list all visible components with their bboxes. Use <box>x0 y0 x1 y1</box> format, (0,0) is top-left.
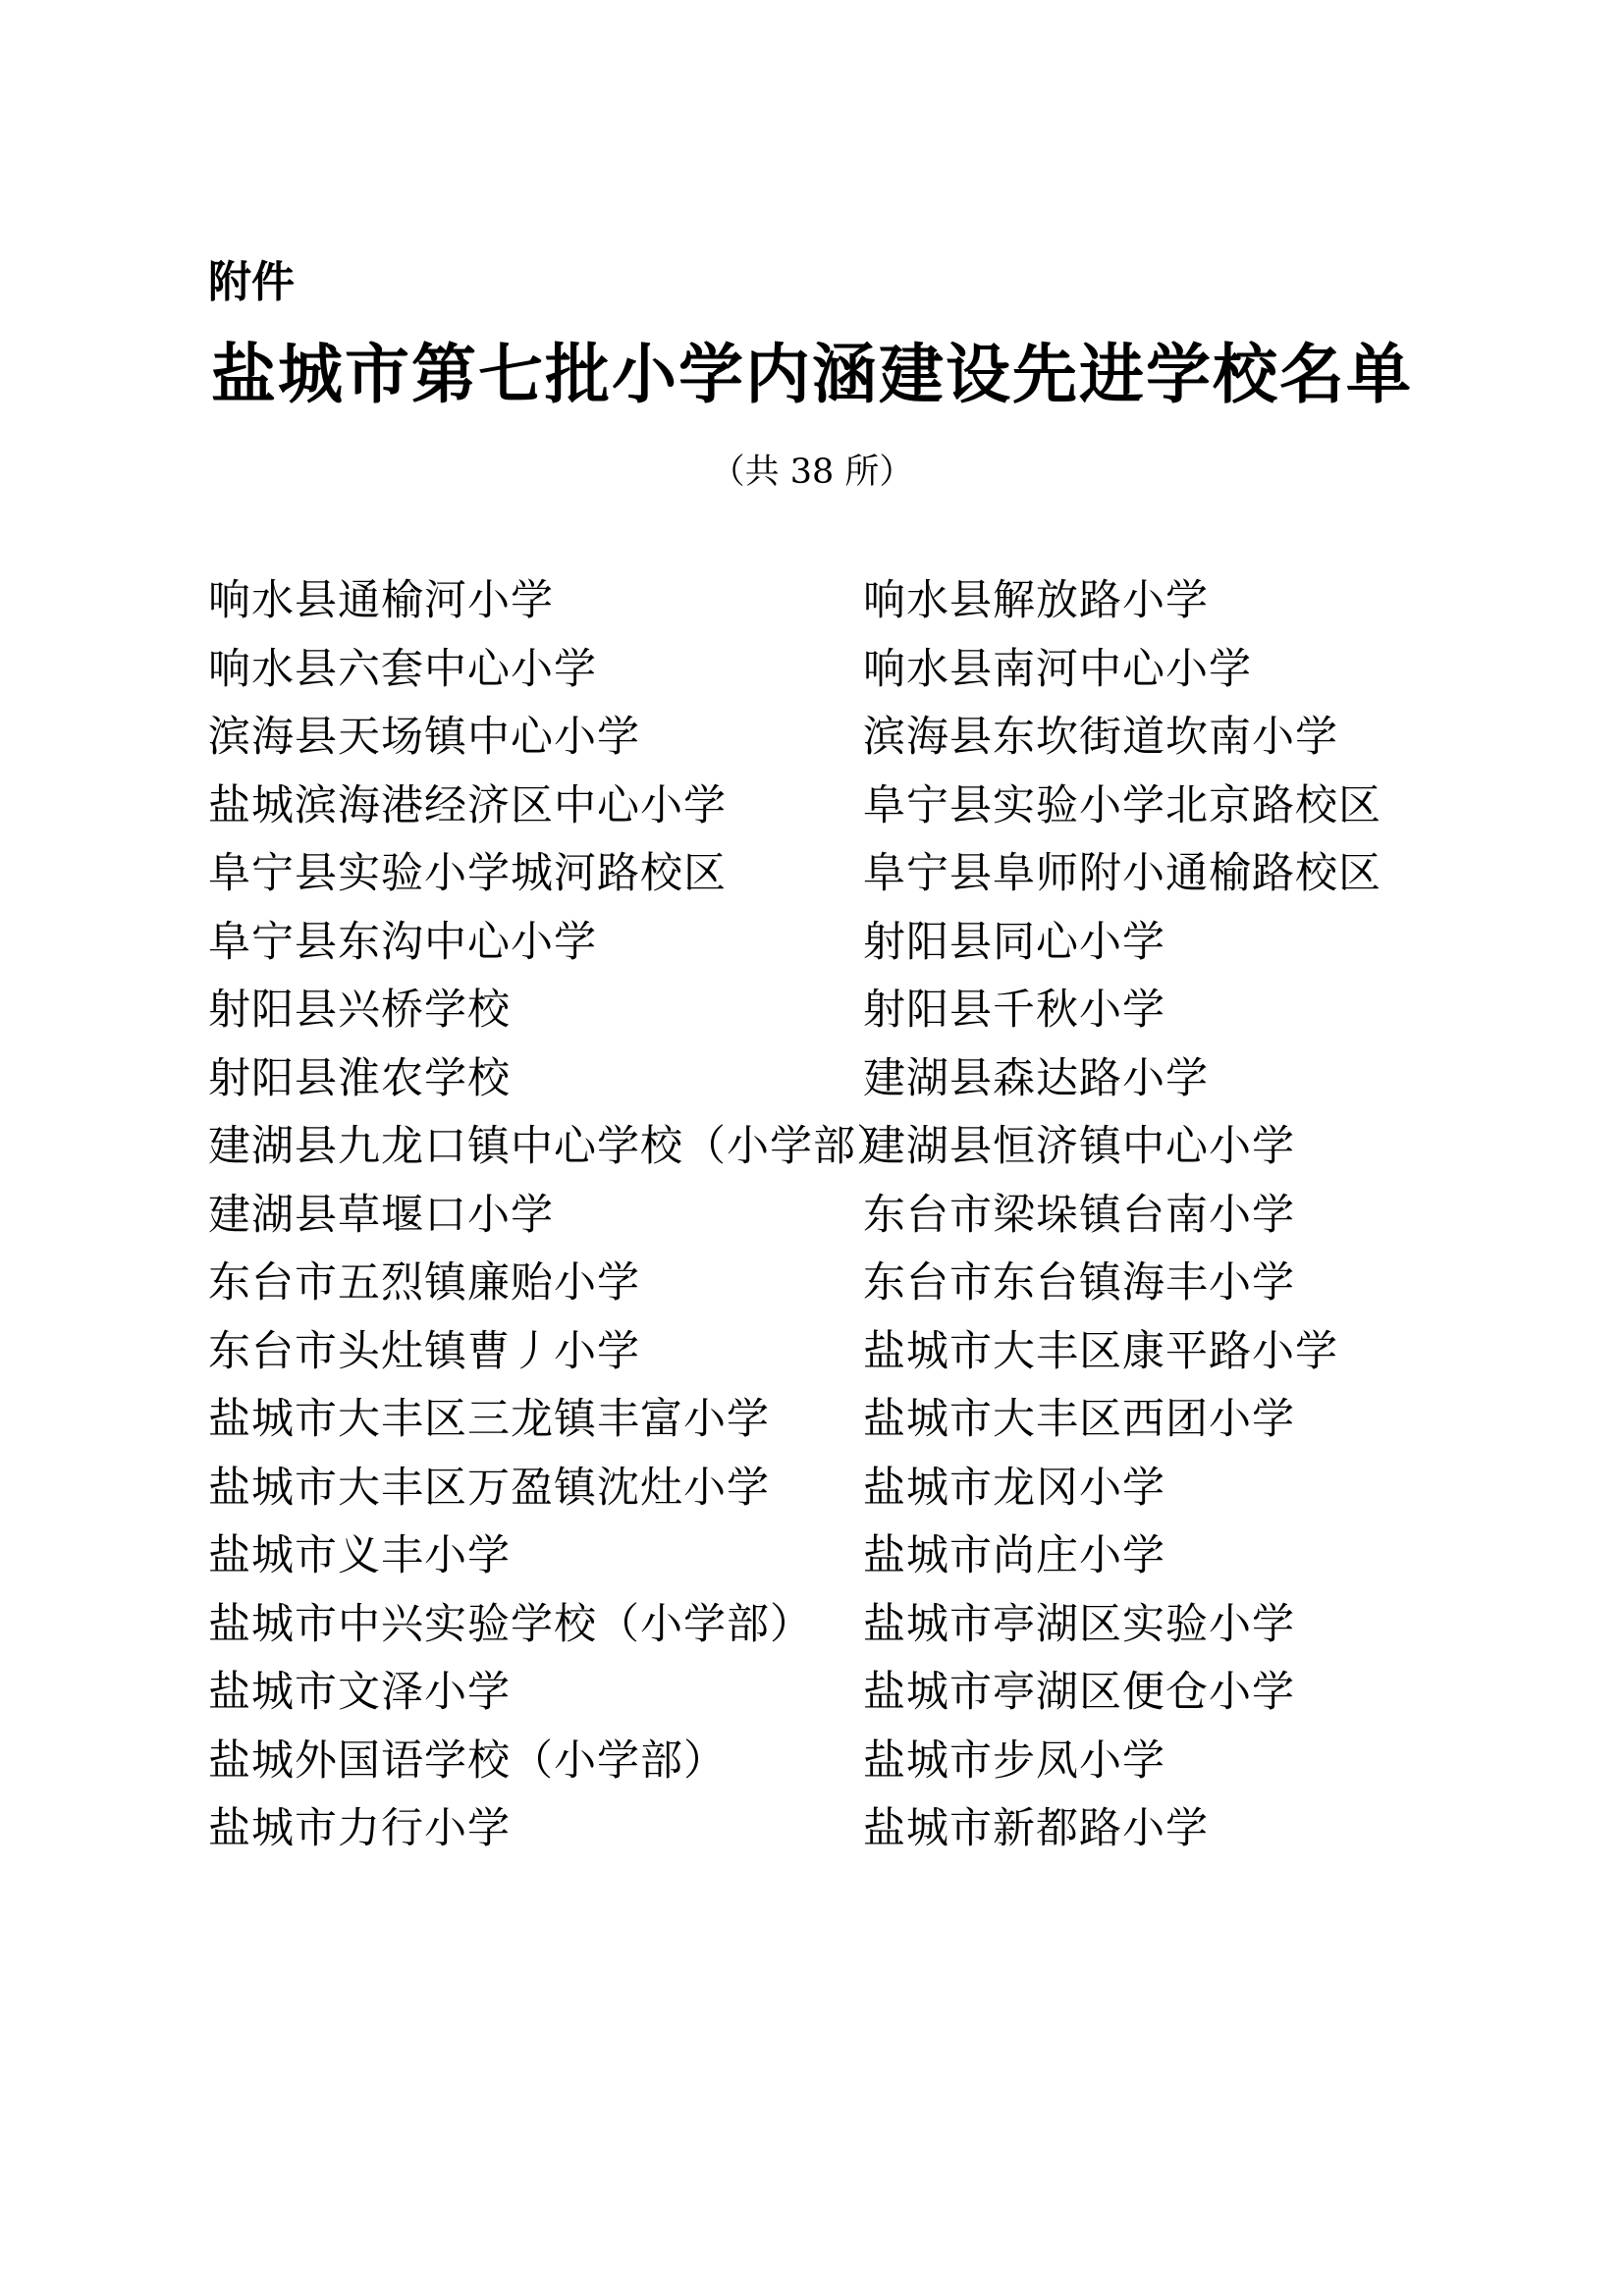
school-name: 东台市梁垛镇台南小学 <box>863 1182 1419 1251</box>
school-name: 射阳县兴桥学校 <box>208 977 863 1045</box>
school-name: 盐城市中兴实验学校（小学部） <box>208 1591 863 1660</box>
school-name: 滨海县东坎街道坎南小学 <box>863 704 1419 773</box>
school-name: 盐城市大丰区三龙镇丰富小学 <box>208 1386 863 1455</box>
school-name: 建湖县九龙口镇中心学校（小学部） <box>208 1113 863 1182</box>
page-title: 盐城市第七批小学内涵建设先进学校名单 <box>0 342 1624 406</box>
school-name: 东台市头灶镇曹丿小学 <box>208 1318 863 1387</box>
school-name: 滨海县天场镇中心小学 <box>208 704 863 773</box>
school-name: 盐城市力行小学 <box>208 1795 863 1864</box>
school-name: 响水县南河中心小学 <box>863 636 1419 705</box>
school-name: 盐城滨海港经济区中心小学 <box>208 773 863 841</box>
attachment-label: 附件 <box>208 261 295 304</box>
school-name: 盐城市亭湖区便仓小学 <box>863 1659 1419 1728</box>
school-name: 阜宁县实验小学城河路校区 <box>208 840 863 909</box>
school-name: 响水县六套中心小学 <box>208 636 863 705</box>
school-list: 响水县通榆河小学响水县六套中心小学滨海县天场镇中心小学盐城滨海港经济区中心小学阜… <box>208 567 1419 1864</box>
school-name: 响水县解放路小学 <box>863 567 1419 636</box>
school-name: 盐城市大丰区万盈镇沈灶小学 <box>208 1455 863 1523</box>
school-name: 盐城市大丰区西团小学 <box>863 1386 1419 1455</box>
school-name: 盐城外国语学校（小学部） <box>208 1728 863 1796</box>
school-name: 盐城市龙冈小学 <box>863 1455 1419 1523</box>
document-page: 附件 盐城市第七批小学内涵建设先进学校名单 （共 38 所） 响水县通榆河小学响… <box>0 0 1624 2296</box>
school-name: 盐城市文泽小学 <box>208 1659 863 1728</box>
school-name: 东台市东台镇海丰小学 <box>863 1250 1419 1318</box>
school-name: 盐城市义丰小学 <box>208 1522 863 1591</box>
school-name: 阜宁县阜师附小通榆路校区 <box>863 840 1419 909</box>
school-name: 东台市五烈镇廉贻小学 <box>208 1250 863 1318</box>
school-name: 盐城市亭湖区实验小学 <box>863 1591 1419 1660</box>
school-name: 建湖县草堰口小学 <box>208 1182 863 1251</box>
school-name: 阜宁县实验小学北京路校区 <box>863 773 1419 841</box>
school-name: 响水县通榆河小学 <box>208 567 863 636</box>
school-name: 建湖县森达路小学 <box>863 1045 1419 1114</box>
school-name: 射阳县同心小学 <box>863 909 1419 978</box>
school-name: 阜宁县东沟中心小学 <box>208 909 863 978</box>
school-name: 建湖县恒济镇中心小学 <box>863 1113 1419 1182</box>
school-name: 盐城市步凤小学 <box>863 1728 1419 1796</box>
school-name: 盐城市尚庄小学 <box>863 1522 1419 1591</box>
school-name: 盐城市新都路小学 <box>863 1795 1419 1864</box>
school-count-subtitle: （共 38 所） <box>0 455 1624 490</box>
school-name: 射阳县千秋小学 <box>863 977 1419 1045</box>
school-name: 射阳县淮农学校 <box>208 1045 863 1114</box>
school-name: 盐城市大丰区康平路小学 <box>863 1318 1419 1387</box>
